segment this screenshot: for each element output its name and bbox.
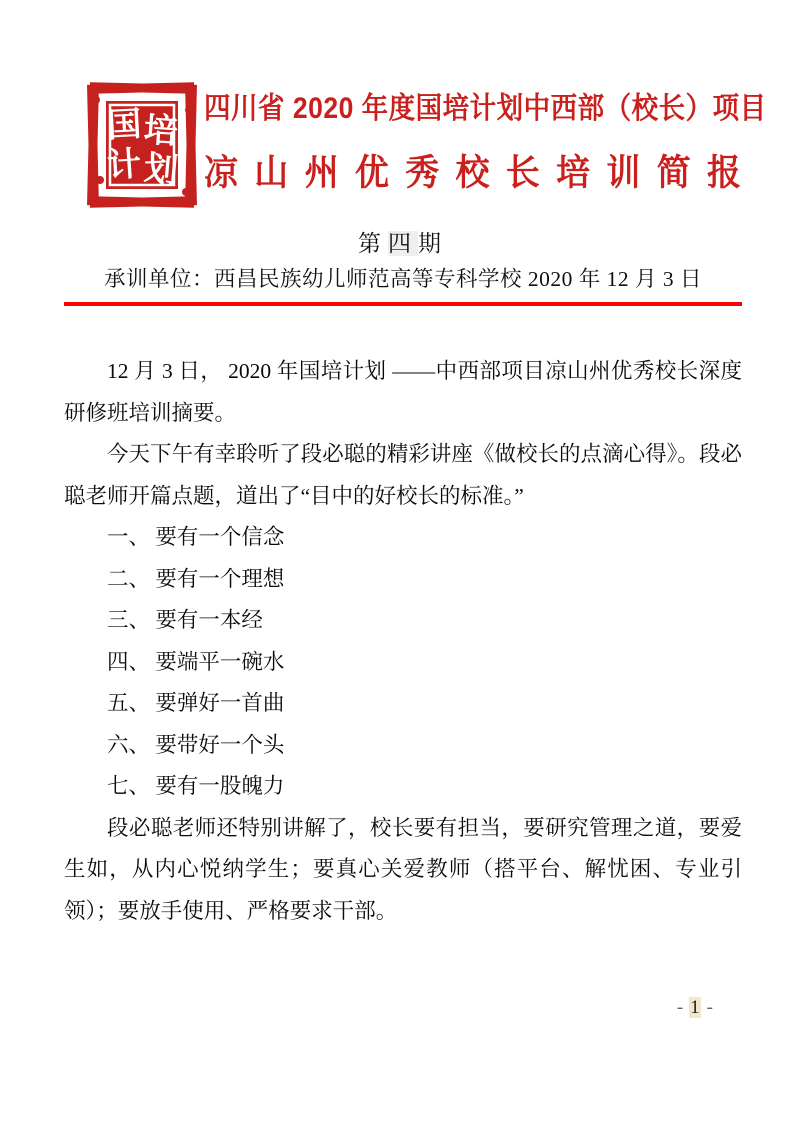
issue-suffix: 期 (418, 231, 448, 256)
page-number-prefix: - (671, 997, 689, 1018)
issue-number: 四 (388, 231, 418, 256)
page-number-value: 1 (689, 997, 701, 1018)
list-item-5: 五、 要弹好一首曲 (64, 683, 742, 725)
organizer-line: 承训单位：西昌民族幼儿师范高等专科学校 2020 年 12 月 3 日 (64, 262, 742, 293)
document-page: 国 培 计 划 四川省 2020 年度国培计划中西部（校长）项目 凉山州优秀校长… (0, 0, 800, 1132)
list-item-6: 六、 要带好一个头 (64, 725, 742, 767)
list-item-7: 七、 要有一股魄力 (64, 766, 742, 808)
document-body: 12 月 3 日， 2020 年国培计划 ——中西部项目凉山州优秀校长深度研修班… (64, 351, 742, 932)
issue-prefix: 第 (358, 231, 388, 256)
list-item-3: 三、 要有一本经 (64, 600, 742, 642)
header-divider-rule (64, 302, 742, 306)
body-paragraph-1: 12 月 3 日， 2020 年国培计划 ——中西部项目凉山州优秀校长深度研修班… (64, 351, 742, 434)
list-item-4: 四、 要端平一碗水 (64, 642, 742, 684)
document-title-line1: 四川省 2020 年度国培计划中西部（校长）项目 (204, 90, 744, 127)
seal-char-hua: 划 (142, 150, 179, 191)
body-paragraph-2: 今天下午有幸聆听了段必聪的精彩讲座《做校长的点滴心得》。段必聪老师开篇点题，道出… (64, 434, 742, 517)
page-number: -1- (671, 997, 719, 1019)
list-item-1: 一、 要有一个信念 (64, 517, 742, 559)
list-item-2: 二、 要有一个理想 (64, 559, 742, 601)
seal-char-pei: 培 (142, 111, 179, 151)
guopei-jihua-seal-icon: 国 培 计 划 (86, 80, 198, 210)
issue-line: 第四期 (64, 225, 742, 258)
document-title-line2: 凉山州优秀校长培训简报 (204, 150, 741, 196)
page-number-suffix: - (701, 997, 719, 1018)
seal-char-guo: 国 (106, 105, 142, 145)
closing-paragraph: 段必聪老师还特别讲解了，校长要有担当，要研究管理之道，要爱生如，从内心悦纳学生；… (64, 808, 742, 933)
seal-char-ji: 计 (106, 145, 143, 185)
